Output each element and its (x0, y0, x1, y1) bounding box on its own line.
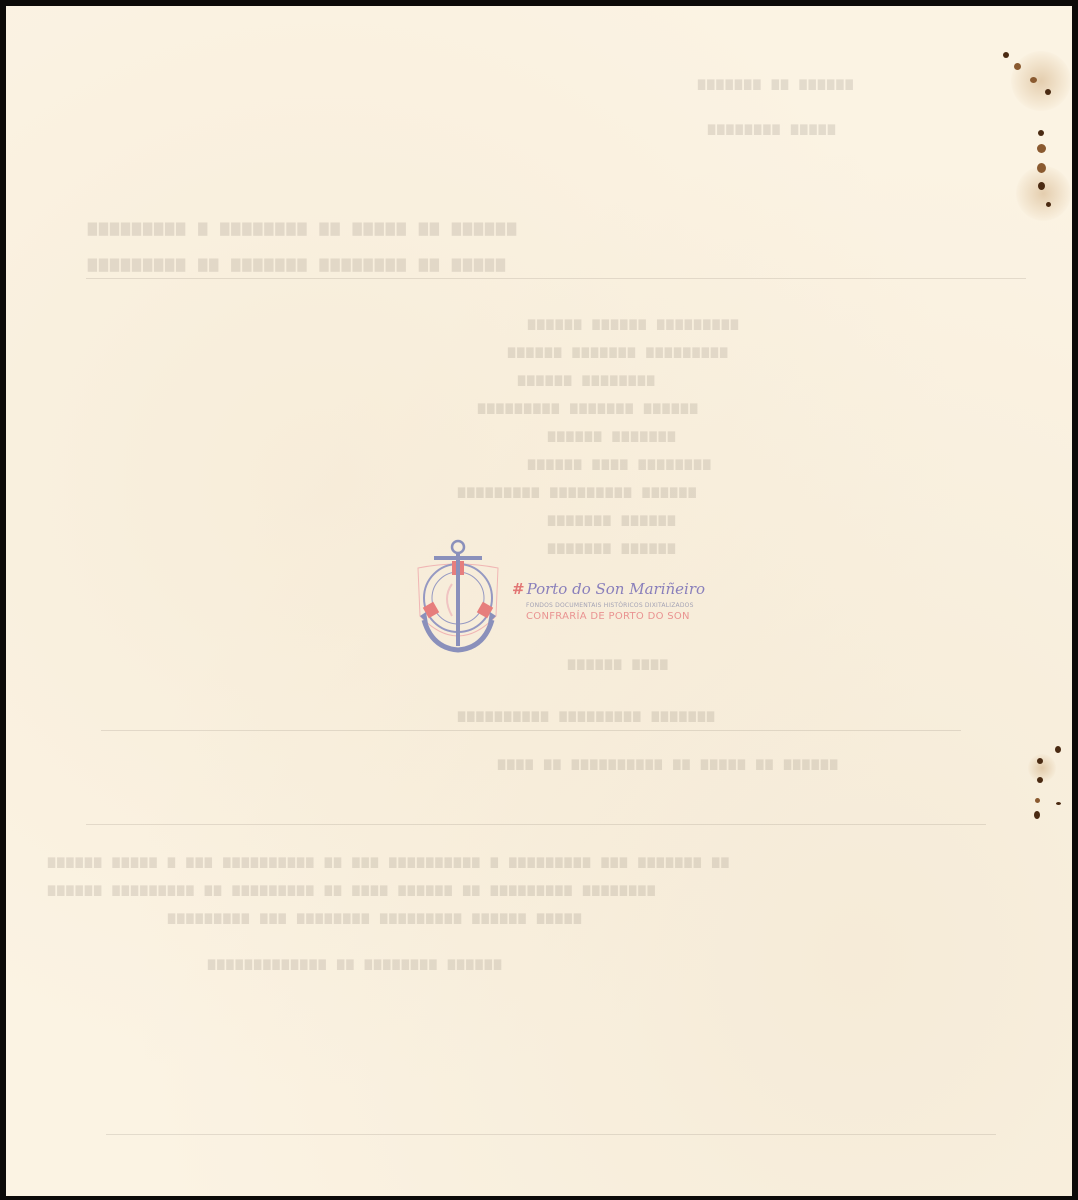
watermark: #Porto do Son Mariñeiro FONDOS DOCUMENTA… (412, 538, 672, 663)
document-page: ▆▆▆▆▆▆ ▆▆ ▆▆▆▆▆ ▆▆ ▆▆▆▆▆▆▆▆ ▆ ▆▆▆▆▆▆▆▆▆ … (6, 6, 1072, 1196)
watermark-organization: CONFRARÍA DE PORTO DO SON (526, 611, 690, 622)
bleed-through-header-right-2: ▆▆▆▆▆ ▆▆▆▆▆▆▆▆ (706, 121, 835, 135)
anchor-lifebuoy-emblem-icon (412, 538, 504, 663)
bleed-through-rule-3 (86, 824, 986, 825)
bleed-through-total: ▆▆▆▆▆▆ ▆▆ ▆▆▆▆▆ ▆▆ ▆▆▆▆▆▆▆▆▆▆ ▆▆ ▆▆▆▆ (496, 756, 837, 770)
bleed-through-rule-2 (101, 730, 961, 731)
watermark-subtitle: FONDOS DOCUMENTAIS HISTÓRICOS DIXITALIZA… (526, 602, 694, 609)
watermark-tagline: #Porto do Son Mariñeiro (512, 580, 705, 598)
bleed-through-rule (86, 278, 1026, 279)
bleed-through-header-right: ▆▆▆▆▆▆ ▆▆ ▆▆▆▆▆▆▆ (696, 76, 853, 90)
bleed-through-heading: ▆▆▆▆▆▆ ▆▆ ▆▆▆▆▆ ▆▆ ▆▆▆▆▆▆▆▆ ▆ ▆▆▆▆▆▆▆▆▆ (86, 218, 516, 236)
bleed-through-heading-2: ▆▆▆▆▆ ▆▆ ▆▆▆▆▆▆▆▆ ▆▆▆▆▆▆▆ ▆▆ ▆▆▆▆▆▆▆▆▆ (86, 254, 505, 272)
bleed-through-rule-4 (106, 1134, 996, 1135)
